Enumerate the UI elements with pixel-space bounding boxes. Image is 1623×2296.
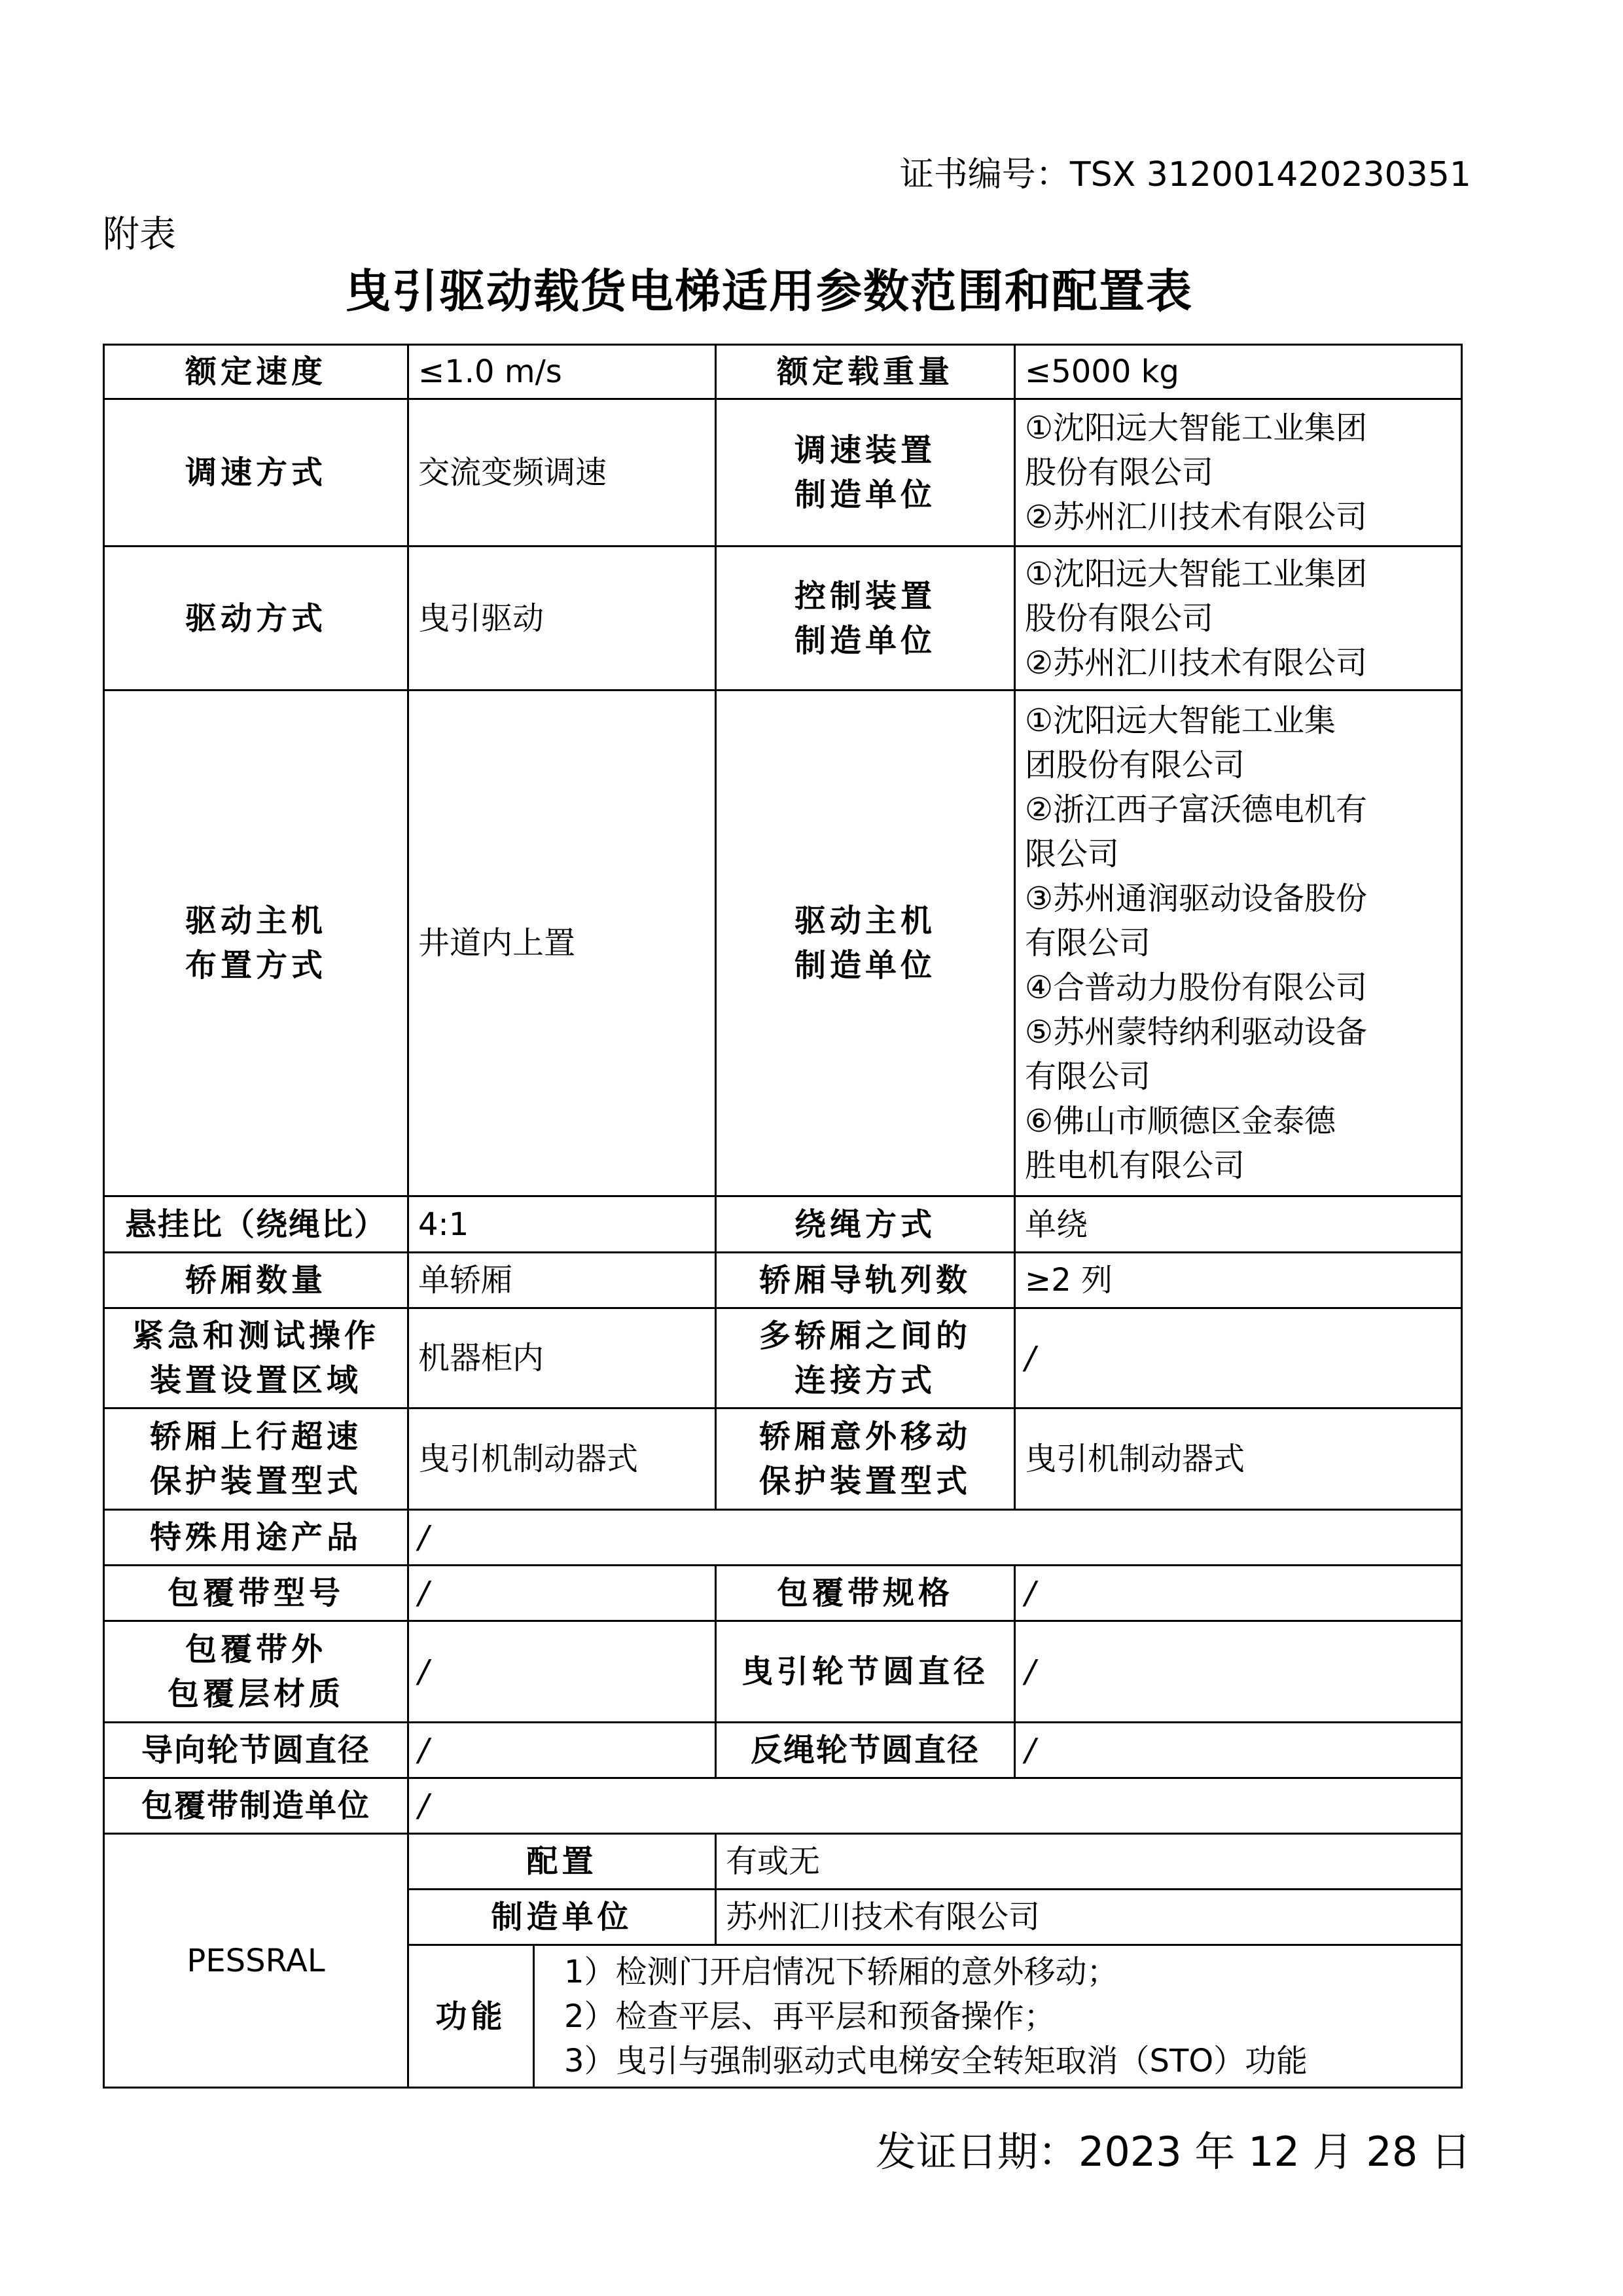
- list-item: 1）检测门开启情况下轿厢的意外移动；: [564, 1950, 1452, 1994]
- list-item: 3）曳引与强制驱动式电梯安全转矩取消（STO）功能: [564, 2039, 1452, 2083]
- table-row: 悬挂比（绕绳比） 4:1 绕绳方式 单绕: [104, 1196, 1462, 1253]
- label-speed-control: 调速方式: [104, 399, 408, 547]
- label-machine-maker: 驱动主机 制造单位: [716, 691, 1015, 1196]
- table-row: 驱动主机 布置方式 井道内上置 驱动主机 制造单位 ①沈阳远大智能工业集 团股份…: [104, 691, 1462, 1196]
- value-pessral-config: 有或无: [716, 1834, 1462, 1890]
- label-belt-coating: 包覆带外 包覆层材质: [104, 1621, 408, 1723]
- value-pessral-maker: 苏州汇川技术有限公司: [716, 1890, 1462, 1945]
- value-special-purpose: /: [408, 1510, 1462, 1566]
- value-machine-layout: 井道内上置: [408, 691, 716, 1196]
- table-row: 特殊用途产品 /: [104, 1510, 1462, 1566]
- value-drive-mode: 曳引驱动: [408, 547, 716, 691]
- table-row: 轿厢上行超速 保护装置型式 曳引机制动器式 轿厢意外移动 保护装置型式 曳引机制…: [104, 1408, 1462, 1510]
- value-belt-model: /: [408, 1566, 716, 1621]
- table-row: 包覆带制造单位 /: [104, 1778, 1462, 1834]
- value-speed-device-maker: ①沈阳远大智能工业集团 股份有限公司 ②苏州汇川技术有限公司: [1015, 399, 1462, 547]
- value-multi-car-connection: /: [1015, 1308, 1462, 1408]
- value-belt-maker: /: [408, 1778, 1462, 1834]
- table-row: PESSRAL 配置 有或无: [104, 1834, 1462, 1890]
- table-row: 调速方式 交流变频调速 调速装置 制造单位 ①沈阳远大智能工业集团 股份有限公司…: [104, 399, 1462, 547]
- label-speed-device-maker: 调速装置 制造单位: [716, 399, 1015, 547]
- value-unintended-movement: 曳引机制动器式: [1015, 1408, 1462, 1510]
- value-belt-coating: /: [408, 1621, 716, 1723]
- value-machine-maker: ①沈阳远大智能工业集 团股份有限公司 ②浙江西子富沃德电机有 限公司 ③苏州通润…: [1015, 691, 1462, 1196]
- label-guide-rail-count: 轿厢导轨列数: [716, 1253, 1015, 1308]
- value-belt-spec: /: [1015, 1566, 1462, 1621]
- label-pessral-config: 配置: [408, 1834, 716, 1890]
- page-title: 曳引驱动载货电梯适用参数范围和配置表: [0, 262, 1623, 321]
- appendix-label: 附表: [103, 211, 176, 259]
- label-pessral-maker: 制造单位: [408, 1890, 716, 1945]
- label-emergency-test-area: 紧急和测试操作 装置设置区域: [104, 1308, 408, 1408]
- label-belt-model: 包覆带型号: [104, 1566, 408, 1621]
- value-car-count: 单轿厢: [408, 1253, 716, 1308]
- label-car-count: 轿厢数量: [104, 1253, 408, 1308]
- issue-date: 发证日期：2023 年 12 月 28 日: [876, 2126, 1471, 2178]
- label-guide-pulley-diameter: 导向轮节圆直径: [104, 1723, 408, 1778]
- value-diverter-pulley-diameter: /: [1015, 1723, 1462, 1778]
- label-roping-method: 绕绳方式: [716, 1196, 1015, 1253]
- label-roping-ratio: 悬挂比（绕绳比）: [104, 1196, 408, 1253]
- label-belt-maker: 包覆带制造单位: [104, 1778, 408, 1834]
- label-unintended-movement: 轿厢意外移动 保护装置型式: [716, 1408, 1015, 1510]
- label-machine-layout: 驱动主机 布置方式: [104, 691, 408, 1196]
- label-rated-speed: 额定速度: [104, 345, 408, 399]
- label-pessral-function: 功能: [408, 1945, 534, 2088]
- table-row: 导向轮节圆直径 / 反绳轮节圆直径 /: [104, 1723, 1462, 1778]
- issue-date-value: 2023 年 12 月 28 日: [1079, 2128, 1471, 2176]
- value-traction-sheave-diameter: /: [1015, 1621, 1462, 1723]
- label-special-purpose: 特殊用途产品: [104, 1510, 408, 1566]
- value-guide-rail-count: ≥2 列: [1015, 1253, 1462, 1308]
- label-drive-mode: 驱动方式: [104, 547, 408, 691]
- value-rated-speed: ≤1.0 m/s: [408, 345, 716, 399]
- certificate-number-label: 证书编号：: [900, 155, 1070, 194]
- issue-date-label: 发证日期：: [876, 2128, 1079, 2176]
- value-ascending-overspeed: 曳引机制动器式: [408, 1408, 716, 1510]
- label-pessral: PESSRAL: [104, 1834, 408, 2088]
- value-guide-pulley-diameter: /: [408, 1723, 716, 1778]
- table-row: 轿厢数量 单轿厢 轿厢导轨列数 ≥2 列: [104, 1253, 1462, 1308]
- certificate-number: 证书编号：TSX 312001420230351: [900, 152, 1471, 198]
- label-belt-spec: 包覆带规格: [716, 1566, 1015, 1621]
- value-rated-load: ≤5000 kg: [1015, 345, 1462, 399]
- table-row: 包覆带外 包覆层材质 / 曳引轮节圆直径 /: [104, 1621, 1462, 1723]
- table-row: 紧急和测试操作 装置设置区域 机器柜内 多轿厢之间的 连接方式 /: [104, 1308, 1462, 1408]
- label-diverter-pulley-diameter: 反绳轮节圆直径: [716, 1723, 1015, 1778]
- value-roping-ratio: 4:1: [408, 1196, 716, 1253]
- table-row: 包覆带型号 / 包覆带规格 /: [104, 1566, 1462, 1621]
- list-item: 2）检查平层、再平层和预备操作；: [564, 1994, 1452, 2039]
- label-rated-load: 额定载重量: [716, 345, 1015, 399]
- label-multi-car-connection: 多轿厢之间的 连接方式: [716, 1308, 1015, 1408]
- parameter-table: 额定速度 ≤1.0 m/s 额定载重量 ≤5000 kg 调速方式 交流变频调速…: [103, 344, 1463, 2089]
- label-traction-sheave-diameter: 曳引轮节圆直径: [716, 1621, 1015, 1723]
- value-pessral-functions: 1）检测门开启情况下轿厢的意外移动； 2）检查平层、再平层和预备操作； 3）曳引…: [534, 1945, 1462, 2088]
- label-ascending-overspeed: 轿厢上行超速 保护装置型式: [104, 1408, 408, 1510]
- value-emergency-test-area: 机器柜内: [408, 1308, 716, 1408]
- value-control-device-maker: ①沈阳远大智能工业集团 股份有限公司 ②苏州汇川技术有限公司: [1015, 547, 1462, 691]
- certificate-number-value: TSX 312001420230351: [1070, 155, 1471, 194]
- label-control-device-maker: 控制装置 制造单位: [716, 547, 1015, 691]
- value-roping-method: 单绕: [1015, 1196, 1462, 1253]
- table-row: 驱动方式 曳引驱动 控制装置 制造单位 ①沈阳远大智能工业集团 股份有限公司 ②…: [104, 547, 1462, 691]
- value-speed-control: 交流变频调速: [408, 399, 716, 547]
- table-row: 额定速度 ≤1.0 m/s 额定载重量 ≤5000 kg: [104, 345, 1462, 399]
